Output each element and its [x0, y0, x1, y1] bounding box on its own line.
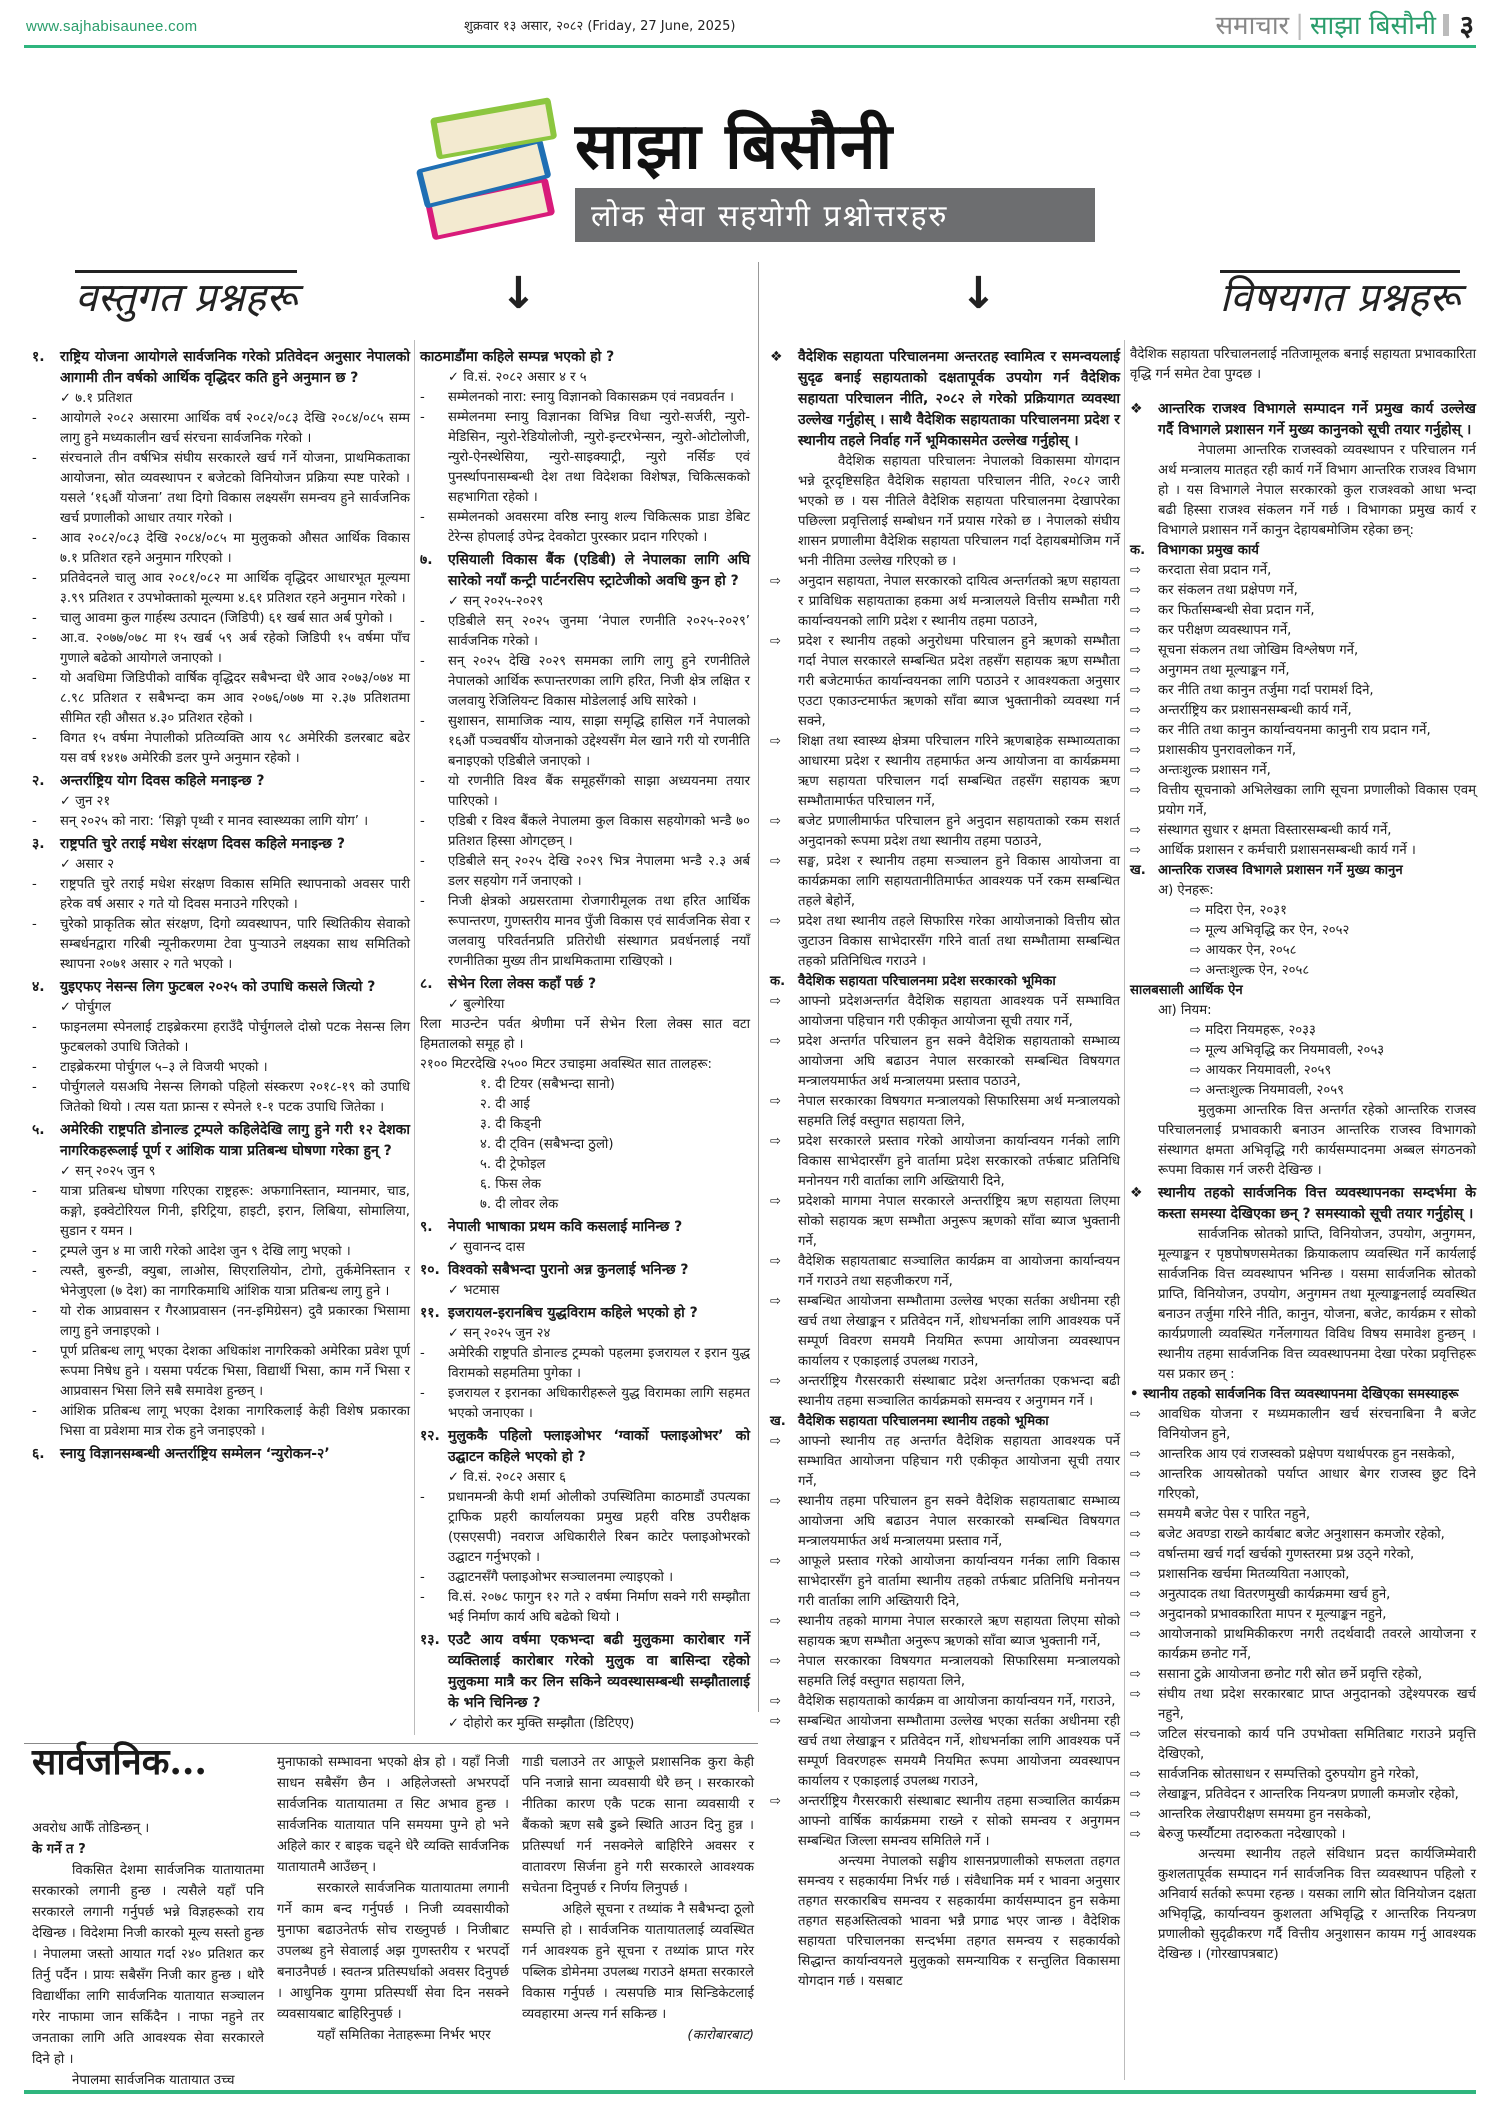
- bullet-item: -यो रणनीति विश्व बैंक समूहसँगको साझा अध्…: [420, 772, 750, 812]
- arrow-bullet-icon: ⇨: [770, 912, 798, 972]
- column-objective-2: काठमाडौंमा कहिले सम्पन्न भएको हो ?वि.सं.…: [420, 345, 750, 1734]
- bullet-item: ⇨आवधिक योजना र मध्यमकालीन खर्च संरचनाबिन…: [1130, 1405, 1476, 1445]
- article-source: (कारोबारबाट): [522, 2025, 754, 2046]
- arrow-bullet-icon: ⇨: [770, 1612, 798, 1652]
- dash-bullet-icon: -: [420, 408, 448, 508]
- bullet-item: ⇨कर फिर्तासम्बन्धी सेवा प्रदान गर्ने,: [1130, 601, 1476, 621]
- item-number: ख.: [1130, 861, 1158, 881]
- item-text: सेभेन रिला लेक्स कहाँ पर्छ ?: [448, 974, 750, 995]
- dash-bullet-icon: -: [420, 1568, 448, 1588]
- item-text: करदाता सेवा प्रदान गर्ने,: [1158, 561, 1476, 581]
- arrow-bullet-icon: ⇨: [770, 812, 798, 852]
- bullet-item: ⇨अनुदान सहायता, नेपाल सरकारको दायित्व अन…: [770, 572, 1120, 632]
- arrow-bullet-icon: ⇨: [1130, 781, 1158, 821]
- bullet-item: -यो रोक आप्रवासन र गैरआप्रवासन (नन-इमिग्…: [32, 1302, 410, 1342]
- item-text: प्रदेश अन्तर्गत परिचालन हुन सक्ने वैदेशि…: [798, 1032, 1120, 1092]
- bullet-item: -आयोगले २०८२ असारमा आर्थिक वर्ष २०८२/०८३…: [32, 409, 410, 449]
- arrow-bullet-icon: ⇨: [1130, 601, 1158, 621]
- bullet-item: ⇨स्थानीय तहमा परिचालन हुन सक्ने वैदेशिक …: [770, 1492, 1120, 1552]
- item-text: सन् २०२५ को नारा: ‘सिङ्गो पृथ्वी र मानव …: [60, 812, 410, 832]
- bullet-item: ⇨आन्तरिक आय एवं राजस्वको प्रक्षेपण यथार्…: [1130, 1445, 1476, 1465]
- bullet-item: -अमेरिकी राष्ट्रपति डोनाल्ड ट्रम्पको पहल…: [420, 1344, 750, 1384]
- item-text: बजेट प्रणालीमार्फत परिचालन हुने अनुदान स…: [798, 812, 1120, 852]
- dash-bullet-icon: -: [32, 1302, 60, 1342]
- item-text: आयोजनाको प्राथमिकीकरण नगरी तदर्थवादी तवर…: [1158, 1625, 1476, 1665]
- bullet-item: ⇨प्रदेश अन्तर्गत परिचालन हुन सक्ने वैदेश…: [770, 1032, 1120, 1092]
- question: १०.विश्वको सबैभन्दा पुरानो अन्न कुनलाई भ…: [420, 1260, 750, 1281]
- item-text: युइएफए नेसन्स लिग फुटबल २०२५ को उपाधि कस…: [60, 977, 410, 998]
- arrow-bullet-icon: ⇨: [1130, 1445, 1158, 1465]
- bullet-item: -सन् २०२५ देखि २०२९ सममका लागि लागु हुने…: [420, 652, 750, 712]
- article-paragraph: विकसित देशमा सार्वजनिक यातायातमा सरकारको…: [32, 1860, 264, 2070]
- dash-bullet-icon: -: [32, 812, 60, 832]
- section-label: समाचार: [1215, 11, 1289, 41]
- item-number: क.: [770, 972, 798, 992]
- bullet-item: -उद्घाटनसँगै फ्लाइओभर सञ्चालनमा ल्याइएको…: [420, 1568, 750, 1588]
- dash-bullet-icon: -: [420, 892, 448, 972]
- item-number: ख.: [770, 1412, 798, 1432]
- bullet-item: -निजी क्षेत्रको अग्रसरतामा रोजगारीमूलक त…: [420, 892, 750, 972]
- bullet-item: ⇨ससाना टुक्रे आयोजना छनोट गरी स्रोत छर्न…: [1130, 1665, 1476, 1685]
- item-text: संरचनाले तीन वर्षभित्र संघीय सरकारले खर्…: [60, 449, 410, 529]
- item-text: स्नायु विज्ञानसम्बन्धी अन्तर्राष्ट्रिय स…: [60, 1444, 410, 1465]
- bullet-item: -ट्रम्पले जुन ४ मा जारी गरेको आदेश जुन ९…: [32, 1242, 410, 1262]
- bullet-item: ⇨अन्तःशुल्क प्रशासन गर्ने,: [1130, 761, 1476, 781]
- dash-bullet-icon: -: [420, 812, 448, 852]
- item-text: नेपाली भाषाका प्रथम कवि कसलाई मानिन्छ ?: [448, 1217, 750, 1238]
- sub-item: ⇨ मदिरा नियमहरू, २०३३: [1130, 1021, 1476, 1041]
- item-text: अनुदानको प्रभावकारिता मापन र मूल्याङ्कन …: [1158, 1605, 1476, 1625]
- paragraph: अन्त्यमा नेपालको सङ्घीय शासनप्रणालीको सफ…: [770, 1852, 1120, 1992]
- item-text: आन्तरिक आय एवं राजस्वको प्रक्षेपण यथार्थ…: [1158, 1445, 1476, 1465]
- arrow-bullet-icon: ⇨: [1130, 1405, 1158, 1445]
- bullet-item: ⇨समयमै बजेट पेस र पारित नहुने,: [1130, 1505, 1476, 1525]
- item-text: यो अवधिमा जिडिपीको वार्षिक वृद्धिदर सबैभ…: [60, 669, 410, 729]
- spacer: [1130, 385, 1476, 397]
- item-text: सन् २०२५ देखि २०२९ सममका लागि लागु हुने …: [448, 652, 750, 712]
- item-text: त्यस्तै, बुरुन्डी, क्युबा, लाओस, सिएरालि…: [60, 1262, 410, 1302]
- bullet-item: -एडिबीले सन् २०२५ जुनमा ‘नेपाल रणनीति २०…: [420, 612, 750, 652]
- arrow-bullet-icon: ⇨: [1130, 841, 1158, 861]
- arrow-bullet-icon: ⇨: [1130, 1465, 1158, 1505]
- item-text: चालु आवमा कुल गार्हस्थ उत्पादन (जिडिपी) …: [60, 609, 410, 629]
- bullet-item: ⇨करदाता सेवा प्रदान गर्ने,: [1130, 561, 1476, 581]
- item-text: सूचना संकलन तथा जोखिम विश्लेषण गर्ने,: [1158, 641, 1476, 661]
- arrow-bullet-icon: ⇨: [770, 632, 798, 732]
- arrow-bullet-icon: ⇨: [770, 1432, 798, 1492]
- arrow-bullet-icon: ⇨: [1130, 741, 1158, 761]
- article-lead: अवरोध आफैँ तोडिन्छन् ।: [32, 1818, 264, 1839]
- question: १३.एउटै आय वर्षमा एकभन्दा बढी मुलुकमा का…: [420, 1630, 750, 1714]
- paragraph: वैदेशिक सहायता परिचालनः नेपालको विकासमा …: [770, 452, 1120, 572]
- dash-bullet-icon: -: [32, 1182, 60, 1242]
- dash-bullet-icon: -: [32, 529, 60, 569]
- dash-bullet-icon: -: [420, 612, 448, 652]
- bullet-item: ⇨सम्बन्धित आयोजना सम्भौतामा उल्लेख भएका …: [770, 1712, 1120, 1792]
- dash-bullet-icon: -: [420, 1384, 448, 1424]
- bullet-item: -त्यस्तै, बुरुन्डी, क्युबा, लाओस, सिएराल…: [32, 1262, 410, 1302]
- footer-rule: [24, 2090, 1476, 2094]
- dash-bullet-icon: -: [32, 729, 60, 769]
- item-text: कर नीति तथा कानुन कार्यान्वयनमा कानुनी र…: [1158, 721, 1476, 741]
- banner-subtitle: लोक सेवा सहयोगी प्रश्नोत्तरहरु: [575, 188, 1095, 242]
- sub-item: ⇨ मदिरा ऐन, २०३१: [1130, 901, 1476, 921]
- list-item: ६. फिस लेक: [480, 1175, 750, 1195]
- arrow-bullet-icon: ⇨: [770, 572, 798, 632]
- item-text: कर नीति तथा कानुन तर्जुमा गर्दा परामर्श …: [1158, 681, 1476, 701]
- item-text: आन्तरिक आयस्रोतको पर्याप्त आधार बेगर राज…: [1158, 1465, 1476, 1505]
- article-column-1: अवरोध आफैँ तोडिन्छन् । के गर्ने त ? विकस…: [32, 1818, 264, 2091]
- item-text: सम्मेलनको अवसरमा वरिष्ठ स्नायु शल्य चिकि…: [448, 508, 750, 548]
- arrow-bullet-icon: ⇨: [1130, 1605, 1158, 1625]
- item-text: अनुगमन तथा मूल्याङ्कन गर्ने,: [1158, 661, 1476, 681]
- bullet-item: -वि.सं. २०७८ फागुन १२ गते २ वर्षमा निर्म…: [420, 1588, 750, 1628]
- item-text: शिक्षा तथा स्वास्थ्य क्षेत्रमा परिचालन ग…: [798, 732, 1120, 812]
- article-title: सार्वजनिक...: [32, 1752, 207, 1773]
- sub-item: ⇨ आयकर नियमावली, २०५९: [1130, 1061, 1476, 1081]
- item-text: आफ्नो प्रदेशअन्तर्गत वैदेशिक सहायता आवश्…: [798, 992, 1120, 1032]
- subjective-questions-heading: विषयगत प्रश्नहरू: [1220, 268, 1460, 323]
- dash-bullet-icon: -: [32, 669, 60, 729]
- question-continued: काठमाडौंमा कहिले सम्पन्न भएको हो ?: [420, 347, 750, 368]
- bullet-item: ⇨आफ्नो स्थानीय तह अन्तर्गत वैदेशिक सहायत…: [770, 1432, 1120, 1492]
- item-text: सम्बन्धित आयोजना सम्भौतामा उल्लेख भएका स…: [798, 1712, 1120, 1792]
- article-paragraph: गाडी चलाउने तर आफूले प्रशासनिक कुरा केही…: [522, 1752, 754, 1899]
- question: ८.सेभेन रिला लेक्स कहाँ पर्छ ?: [420, 974, 750, 995]
- answer: बुल्गेरिया: [420, 995, 750, 1015]
- answer: सन् २०२५ जुन ९: [32, 1162, 410, 1182]
- item-text: एडिबी र विश्व बैंकले नेपालमा कुल विकास स…: [448, 812, 750, 852]
- article-paragraph: नेपालमा सार्वजनिक यातायात उच्च: [32, 2070, 264, 2091]
- item-text: लेखाङ्कन, प्रतिवेदन र आन्तरिक नियन्त्रण …: [1158, 1785, 1476, 1805]
- arrow-bullet-icon: ⇨: [1130, 721, 1158, 741]
- paragraph: नेपालमा आन्तरिक राजस्वको व्यवस्थापन र पर…: [1130, 441, 1476, 541]
- bullet-item: ⇨संघीय तथा प्रदेश सरकारबाट प्राप्त अनुदा…: [1130, 1685, 1476, 1725]
- item-text: विश्वको सबैभन्दा पुरानो अन्न कुनलाई भनिन…: [448, 1260, 750, 1281]
- bullet-item: ⇨आफूले प्रस्ताव गरेको आयोजना कार्यान्वयन…: [770, 1552, 1120, 1612]
- item-text: फाइनलमा स्पेनलाई टाइब्रेकरमा हराउँदै पोर…: [60, 1018, 410, 1058]
- item-text: उद्घाटनसँगै फ्लाइओभर सञ्चालनमा ल्याइएको …: [448, 1568, 750, 1588]
- bullet-item: ⇨कर परीक्षण व्यवस्थापन गर्ने,: [1130, 621, 1476, 641]
- bullet-item: -सम्मेलनमा स्नायु विज्ञानका विभिन्न विधा…: [420, 408, 750, 508]
- dash-bullet-icon: -: [32, 1058, 60, 1078]
- bullet-item: -आव २०८२/०८३ देखि २०८४/०८५ मा मुलुकको औस…: [32, 529, 410, 569]
- item-number: १.: [32, 347, 60, 389]
- dash-bullet-icon: -: [420, 712, 448, 772]
- arrow-bullet-icon: ⇨: [1130, 1825, 1158, 1845]
- site-url[interactable]: www.sajhabisaunee.com: [26, 18, 197, 35]
- dash-bullet-icon: -: [32, 609, 60, 629]
- bullet-item: ⇨अन्तर्राष्ट्रिय गैरसरकारी संस्थाबाट प्र…: [770, 1372, 1120, 1412]
- arrow-bullet-icon: ⇨: [1130, 1785, 1158, 1805]
- item-text: प्रदेशको मागमा नेपाल सरकारले अन्तर्राष्ट…: [798, 1192, 1120, 1252]
- arrow-bullet-icon: ⇨: [1130, 681, 1158, 701]
- dash-bullet-icon: -: [420, 652, 448, 712]
- column-subjective-2: वैदेशिक सहायता परिचालनलाई नतिजामूलक बनाई…: [1130, 345, 1476, 1965]
- item-text: वैदेशिक सहायता परिचालनमा प्रदेश सरकारको …: [798, 972, 1056, 992]
- bullet-item: ⇨प्रशासकीय पुनरावलोकन गर्ने,: [1130, 741, 1476, 761]
- column-subjective-1: ❖वैदेशिक सहायता परिचालनमा अन्तरतह स्वामि…: [770, 345, 1120, 1992]
- item-text: वैदेशिक सहायता परिचालनमा स्थानीय तहको भू…: [798, 1412, 1049, 1432]
- arrow-bullet-icon: ⇨: [1130, 1505, 1158, 1525]
- bullet-item: -एडिबीले सन् २०२५ देखि २०२९ भित्र नेपालम…: [420, 852, 750, 892]
- item-text: एसियाली विकास बैंक (एडिबी) ले नेपालका ला…: [448, 550, 750, 592]
- item-text: एडिबीले सन् २०२५ जुनमा ‘नेपाल रणनीति २०२…: [448, 612, 750, 652]
- item-text: प्रधानमन्त्री केपी शर्मा ओलीको उपस्थितिम…: [448, 1488, 750, 1568]
- dash-bullet-icon: -: [32, 629, 60, 669]
- dash-bullet-icon: -: [420, 852, 448, 892]
- item-text: यात्रा प्रतिबन्ध घोषणा गरिएका राष्ट्रहरू…: [60, 1182, 410, 1242]
- article-paragraph: सरकारले सार्वजनिक यातायातमा लगानी गर्ने …: [277, 1878, 509, 2025]
- bullet-item: ⇨अन्तर्राष्ट्रिय गैरसरकारी संस्थाबाट स्थ…: [770, 1792, 1120, 1852]
- item-text: कर परीक्षण व्यवस्थापन गर्ने,: [1158, 621, 1476, 641]
- list-item: २. दी आई: [480, 1095, 750, 1115]
- bullet-item: ⇨आन्तरिक आयस्रोतको पर्याप्त आधार बेगर रा…: [1130, 1465, 1476, 1505]
- arrow-bullet-icon: ⇨: [770, 1092, 798, 1132]
- center-divider: [758, 262, 759, 1712]
- bullet-item: ⇨सङ्घ, प्रदेश र स्थानीय तहमा सञ्चालन हुन…: [770, 852, 1120, 912]
- article-column-2: मुनाफाको सम्भावना भएको क्षेत्र हो । यहाँ…: [277, 1752, 509, 2046]
- bullet-item: ⇨प्रदेश र स्थानीय तहको अनुरोधमा परिचालन …: [770, 632, 1120, 732]
- item-text: एउटै आय वर्षमा एकभन्दा बढी मुलुकमा कारोब…: [448, 1630, 750, 1714]
- bullet-item: ⇨अन्तर्राष्ट्रिय कर प्रशासनसम्बन्धी कार्…: [1130, 701, 1476, 721]
- numbered-list: १. दी टियर (सबैभन्दा सानो)२. दी आई३. दी …: [420, 1075, 750, 1215]
- item-text: स्थानीय तहमा परिचालन हुन सक्ने वैदेशिक स…: [798, 1492, 1120, 1552]
- item-text: राष्ट्रपति चुरे तराई मधेश संरक्षण विकास …: [60, 875, 410, 915]
- item-number: ९.: [420, 1217, 448, 1238]
- article-column-3: गाडी चलाउने तर आफूले प्रशासनिक कुरा केही…: [522, 1752, 754, 2046]
- item-text: नेपाल सरकारका विषयगत मन्त्रालयको सिफारिस…: [798, 1092, 1120, 1132]
- bullet-item: ⇨वैदेशिक सहायताबाट सञ्चालित कार्यक्रम वा…: [770, 1252, 1120, 1292]
- arrow-bullet-icon: ⇨: [1130, 1525, 1158, 1545]
- dash-bullet-icon: -: [32, 915, 60, 975]
- sub-item: ⇨ अन्तःशुल्क ऐन, २०५८: [1130, 961, 1476, 981]
- item-text: आर्थिक प्रशासन र कर्मचारी प्रशासनसम्बन्ध…: [1158, 841, 1476, 861]
- item-text: नेपाल सरकारका विषयगत मन्त्रालयको सिफारिस…: [798, 1652, 1120, 1692]
- arrow-bullet-icon: ⇨: [770, 1552, 798, 1612]
- question: ११.इजरायल-इरानबिच युद्धविराम कहिले भएको …: [420, 1303, 750, 1324]
- item-text: बेरुजु फर्स्यौटमा तदारुकता नदेखाएको ।: [1158, 1825, 1476, 1845]
- dash-bullet-icon: -: [32, 1018, 60, 1058]
- bullet-item: ⇨लेखाङ्कन, प्रतिवेदन र आन्तरिक नियन्त्रण…: [1130, 1785, 1476, 1805]
- item-number: ११.: [420, 1303, 448, 1324]
- question: ❖स्थानीय तहको सार्वजनिक वित्त व्यवस्थापन…: [1130, 1183, 1476, 1225]
- bullet-item: ⇨अनुगमन तथा मूल्याङ्कन गर्ने,: [1130, 661, 1476, 681]
- item-text: अन्तर्राष्ट्रिय गैरसरकारी संस्थाबाट प्रद…: [798, 1372, 1120, 1412]
- dash-bullet-icon: -: [32, 1262, 60, 1302]
- bullet-item: -फाइनलमा स्पेनलाई टाइब्रेकरमा हराउँदै पो…: [32, 1018, 410, 1058]
- arrow-bullet-icon: ⇨: [1130, 561, 1158, 581]
- item-text: प्रतिवेदनले चालु आव २०८१/०८२ मा आर्थिक व…: [60, 569, 410, 609]
- item-text: सङ्घ, प्रदेश र स्थानीय तहमा सञ्चालन हुने…: [798, 852, 1120, 912]
- item-text: ट्रम्पले जुन ४ मा जारी गरेको आदेश जुन ९ …: [60, 1242, 410, 1262]
- banner-title: साझा बिसौनी: [575, 100, 893, 187]
- arrow-down-icon: ↓: [500, 268, 537, 319]
- item-number: ४.: [32, 977, 60, 998]
- item-text: आन्तरिक राजस्व विभागले प्रशासन गर्ने मुख…: [1158, 861, 1403, 881]
- arrow-bullet-icon: ⇨: [1130, 1585, 1158, 1605]
- bullet-item: -आ.व. २०७७/०७८ मा १५ खर्ब ५९ अर्ब रहेको …: [32, 629, 410, 669]
- item-text: स्थानीय तहको सार्वजनिक वित्त व्यवस्थापनक…: [1158, 1183, 1476, 1225]
- arrow-bullet-icon: ⇨: [770, 1252, 798, 1292]
- subheading: ख.वैदेशिक सहायता परिचालनमा स्थानीय तहको …: [770, 1412, 1120, 1432]
- bullet-item: ⇨आफ्नो प्रदेशअन्तर्गत वैदेशिक सहायता आवश…: [770, 992, 1120, 1032]
- answer: ७.१ प्रतिशत: [32, 389, 410, 409]
- item-text: निजी क्षेत्रको अग्रसरतामा रोजगारीमूलक तथ…: [448, 892, 750, 972]
- bullet-item: -चुरेको प्राकृतिक स्रोत संरक्षण, दिगो व्…: [32, 915, 410, 975]
- arrow-bullet-icon: ⇨: [1130, 641, 1158, 661]
- answer: वि.सं. २०८२ असार ६: [420, 1468, 750, 1488]
- item-text: वैदेशिक सहायताको कार्यक्रम वा आयोजना कार…: [798, 1692, 1120, 1712]
- arrow-bullet-icon: ⇨: [1130, 821, 1158, 841]
- bullet-item: -यात्रा प्रतिबन्ध घोषणा गरिएका राष्ट्रहर…: [32, 1182, 410, 1242]
- bold-heading: सालबसाली आर्थिक ऐन: [1130, 981, 1476, 1001]
- item-number: १२.: [420, 1426, 448, 1468]
- item-number: ❖: [1130, 1183, 1158, 1225]
- bullet-item: ⇨नेपाल सरकारका विषयगत मन्त्रालयको सिफारि…: [770, 1092, 1120, 1132]
- column-objective-1: १.राष्ट्रिय योजना आयोगले सार्वजनिक गरेको…: [32, 345, 410, 1465]
- bullet-item: -इजरायल र इरानका अधिकारीहरूले युद्ध विरा…: [420, 1384, 750, 1424]
- item-text: वित्तीय सूचनाको अभिलेखका लागि सूचना प्रण…: [1158, 781, 1476, 821]
- item-text: अनुत्पादक तथा वितरणमुखी कार्यक्रममा खर्च…: [1158, 1585, 1476, 1605]
- bullet-item: -प्रधानमन्त्री केपी शर्मा ओलीको उपस्थिति…: [420, 1488, 750, 1568]
- question: १.राष्ट्रिय योजना आयोगले सार्वजनिक गरेको…: [32, 347, 410, 389]
- dash-bullet-icon: -: [32, 409, 60, 449]
- divider: |: [1295, 11, 1304, 41]
- question: ६.स्नायु विज्ञानसम्बन्धी अन्तर्राष्ट्रिय…: [32, 1444, 410, 1465]
- bullet-item: ⇨बेरुजु फर्स्यौटमा तदारुकता नदेखाएको ।: [1130, 1825, 1476, 1845]
- bullet-item: ⇨कर संकलन तथा प्रक्षेपण गर्ने,: [1130, 581, 1476, 601]
- bullet-item: -सन् २०२५ को नारा: ‘सिङ्गो पृथ्वी र मानव…: [32, 812, 410, 832]
- item-text: सुशासन, सामाजिक न्याय, साझा समृद्धि हासि…: [448, 712, 750, 772]
- arrow-bullet-icon: ⇨: [770, 852, 798, 912]
- item-text: आफूले प्रस्ताव गरेको आयोजना कार्यान्वयन …: [798, 1552, 1120, 1612]
- question: १२.मुलुककै पहिलो फ्लाइओभर ‘ग्वार्को फ्ला…: [420, 1426, 750, 1468]
- sub-item: अ) ऐनहरू:: [1130, 881, 1476, 901]
- bullet-item: ⇨नेपाल सरकारका विषयगत मन्त्रालयको सिफारि…: [770, 1652, 1120, 1692]
- item-number: ३.: [32, 834, 60, 855]
- arrow-bullet-icon: ⇨: [770, 992, 798, 1032]
- item-text: प्रशासकीय पुनरावलोकन गर्ने,: [1158, 741, 1476, 761]
- page-number: ३: [1459, 6, 1474, 44]
- question: ७.एसियाली विकास बैंक (एडिबी) ले नेपालका …: [420, 550, 750, 592]
- column-divider: [414, 340, 415, 1735]
- item-text: पोर्चुगलले यसअघि नेसन्स लिगको पहिलो संस्…: [60, 1078, 410, 1118]
- arrow-down-icon: ↓: [960, 268, 997, 319]
- question: ❖वैदेशिक सहायता परिचालनमा अन्तरतह स्वामि…: [770, 347, 1120, 452]
- bullet-item: ⇨प्रशासनिक खर्चमा मितव्ययिता नआएको,: [1130, 1565, 1476, 1585]
- item-text: टाइब्रेकरमा पोर्चुगल ५–३ ले विजयी भएको ।: [60, 1058, 410, 1078]
- arrow-bullet-icon: ⇨: [1130, 701, 1158, 721]
- item-number: ❖: [770, 347, 798, 452]
- dash-bullet-icon: -: [32, 1242, 60, 1262]
- item-text: मुलुककै पहिलो फ्लाइओभर ‘ग्वार्को फ्लाइओभ…: [448, 1426, 750, 1468]
- item-text: प्रदेश सरकारले प्रस्ताव गरेको आयोजना कार…: [798, 1132, 1120, 1192]
- item-text: सम्मेलनको नारा: स्नायु विज्ञानको विकासक्…: [448, 388, 750, 408]
- item-text: एडिबीले सन् २०२५ देखि २०२९ भित्र नेपालमा…: [448, 852, 750, 892]
- bullet-item: -संरचनाले तीन वर्षभित्र संघीय सरकारले खर…: [32, 449, 410, 529]
- answer: जुन २१: [32, 792, 410, 812]
- list-item: ७. दी लोवर लेक: [480, 1195, 750, 1215]
- bullet-item: -पोर्चुगलले यसअघि नेसन्स लिगको पहिलो संस…: [32, 1078, 410, 1118]
- item-text: सार्वजनिक स्रोतसाधन र सम्पत्तिको दुरुपयो…: [1158, 1765, 1476, 1785]
- arrow-bullet-icon: ⇨: [770, 1652, 798, 1692]
- paragraph: सार्वजनिक स्रोतको प्राप्ति, विनियोजन, उप…: [1130, 1225, 1476, 1385]
- answer: दोहोरो कर मुक्ति सम्झौता (डिटिएए): [420, 1714, 750, 1734]
- arrow-bullet-icon: ⇨: [1130, 1665, 1158, 1685]
- item-text: विगत १५ वर्षमा नेपालीको प्रतिव्यक्ति आय …: [60, 729, 410, 769]
- question: ५.अमेरिकी राष्ट्रपति डोनाल्ड ट्रम्पले कह…: [32, 1120, 410, 1162]
- item-text: राष्ट्रपति चुरे तराई मधेश संरक्षण दिवस क…: [60, 834, 410, 855]
- bullet-item: ⇨सम्बन्धित आयोजना सम्भौतामा उल्लेख भएका …: [770, 1292, 1120, 1372]
- item-text: सम्मेलनमा स्नायु विज्ञानका विभिन्न विधा …: [448, 408, 750, 508]
- bullet-item: ⇨स्थानीय तहको मागमा नेपाल सरकारले ऋण सहा…: [770, 1612, 1120, 1652]
- item-text: वि.सं. २०७८ फागुन १२ गते २ वर्षमा निर्मा…: [448, 1588, 750, 1628]
- subheading: क.विभागका प्रमुख कार्य: [1130, 541, 1476, 561]
- item-text: कर संकलन तथा प्रक्षेपण गर्ने,: [1158, 581, 1476, 601]
- arrow-bullet-icon: ⇨: [1130, 661, 1158, 681]
- bullet-item: ⇨जटिल संरचनाको कार्य पनि उपभोक्ता समितिब…: [1130, 1725, 1476, 1765]
- dash-bullet-icon: -: [32, 1078, 60, 1118]
- dash-bullet-icon: -: [32, 1402, 60, 1442]
- item-text: आंशिक प्रतिबन्ध लागू भएका देशका नागरिकला…: [60, 1402, 410, 1442]
- dash-bullet-icon: -: [32, 449, 60, 529]
- bullet-item: ⇨बजेट प्रणालीमार्फत परिचालन हुने अनुदान …: [770, 812, 1120, 852]
- dash-bullet-icon: -: [420, 1488, 448, 1568]
- item-text: आन्तरिक लेखापरीक्षण समयमा हुन नसकेको,: [1158, 1805, 1476, 1825]
- bullet-item: -विगत १५ वर्षमा नेपालीको प्रतिव्यक्ति आय…: [32, 729, 410, 769]
- answer: सन् २०२५-२०२९: [420, 592, 750, 612]
- item-text: वैदेशिक सहायताबाट सञ्चालित कार्यक्रम वा …: [798, 1252, 1120, 1292]
- list-item: ५. दी ट्रेफोइल: [480, 1155, 750, 1175]
- arrow-bullet-icon: ⇨: [1130, 1805, 1158, 1825]
- item-text: आन्तरिक राजश्व विभागले सम्पादन गर्ने प्र…: [1158, 399, 1476, 441]
- question: ❖आन्तरिक राजश्व विभागले सम्पादन गर्ने प्…: [1130, 399, 1476, 441]
- item-number: १३.: [420, 1630, 448, 1714]
- bullet-item: -एडिबी र विश्व बैंकले नेपालमा कुल विकास …: [420, 812, 750, 852]
- item-text: अन्तर्राष्ट्रिय कर प्रशासनसम्बन्धी कार्य…: [1158, 701, 1476, 721]
- subheading: ख.आन्तरिक राजस्व विभागले प्रशासन गर्ने म…: [1130, 861, 1476, 881]
- item-text: अमेरिकी राष्ट्रपति डोनाल्ड ट्रम्पले कहिल…: [60, 1120, 410, 1162]
- bullet-item: ⇨वैदेशिक सहायताको कार्यक्रम वा आयोजना का…: [770, 1692, 1120, 1712]
- bullet-item: ⇨कर नीति तथा कानुन तर्जुमा गर्दा परामर्श…: [1130, 681, 1476, 701]
- item-text: वैदेशिक सहायता परिचालनमा अन्तरतह स्वामित…: [798, 347, 1120, 452]
- bullet-item: -प्रतिवेदनले चालु आव २०८१/०८२ मा आर्थिक …: [32, 569, 410, 609]
- dash-bullet-icon: -: [420, 1344, 448, 1384]
- bullet-item: ⇨आयोजनाको प्राथमिकीकरण नगरी तदर्थवादी तव…: [1130, 1625, 1476, 1665]
- dash-bullet-icon: -: [32, 1342, 60, 1402]
- bullet-item: ⇨वित्तीय सूचनाको अभिलेखका लागि सूचना प्र…: [1130, 781, 1476, 821]
- item-text: बजेट अवण्डा राख्ने कार्यबाट बजेट अनुशासन…: [1158, 1525, 1476, 1545]
- bold-heading: • स्थानीय तहको सार्वजनिक वित्त व्यवस्थाप…: [1130, 1385, 1476, 1405]
- arrow-bullet-icon: ⇨: [770, 1032, 798, 1092]
- arrow-bullet-icon: ⇨: [770, 1292, 798, 1372]
- list-item: ३. दी किड्नी: [480, 1115, 750, 1135]
- bullet-item: ⇨प्रदेशको मागमा नेपाल सरकारले अन्तर्राष्…: [770, 1192, 1120, 1252]
- arrow-bullet-icon: ⇨: [1130, 1765, 1158, 1785]
- item-number: ५.: [32, 1120, 60, 1162]
- item-text: प्रदेश र स्थानीय तहको अनुरोधमा परिचालन ह…: [798, 632, 1120, 732]
- question: २.अन्तर्राष्ट्रिय योग दिवस कहिले मनाइन्छ…: [32, 771, 410, 792]
- arrow-bullet-icon: ⇨: [770, 1492, 798, 1552]
- item-text: विभागका प्रमुख कार्य: [1158, 541, 1259, 561]
- arrow-bullet-icon: ⇨: [770, 1192, 798, 1252]
- bullet-item: ⇨सूचना संकलन तथा जोखिम विश्लेषण गर्ने,: [1130, 641, 1476, 661]
- item-text: अन्तःशुल्क प्रशासन गर्ने,: [1158, 761, 1476, 781]
- sub-item: ⇨ अन्तःशुल्क नियमावली, २०५९: [1130, 1081, 1476, 1101]
- item-text: इजरायल र इरानका अधिकारीहरूले युद्ध विराम…: [448, 1384, 750, 1424]
- item-text: अन्तर्राष्ट्रिय योग दिवस कहिले मनाइन्छ ?: [60, 771, 410, 792]
